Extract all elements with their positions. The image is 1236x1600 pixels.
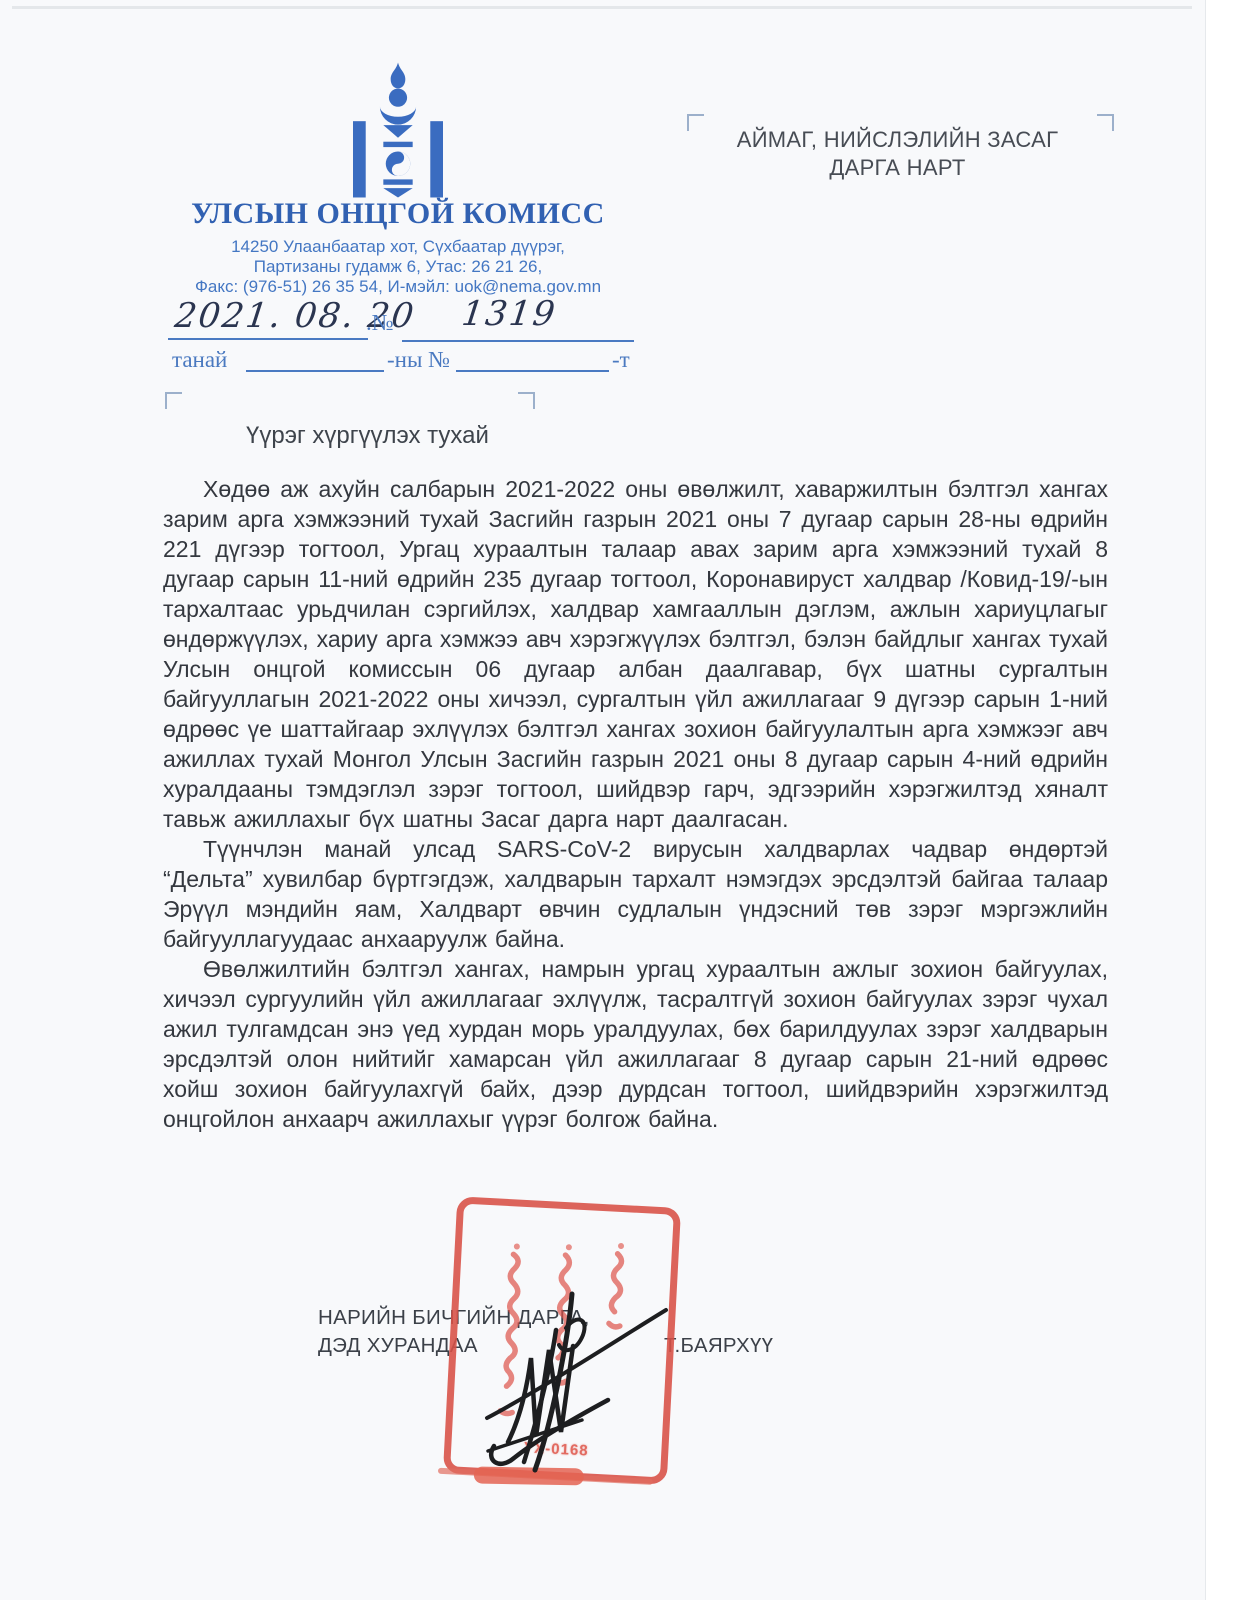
handwritten-signature <box>430 1180 1100 1500</box>
recipient-block: АЙМАГ, НИЙСЛЭЛИЙН ЗАСАГ ДАРГА НАРТ <box>690 126 1105 182</box>
organization-address: 14250 Улаанбаатар хот, Сүхбаатар дүүрэг,… <box>140 237 656 297</box>
reference-middle: -ны № <box>387 347 450 373</box>
date-underline <box>168 338 368 340</box>
address-line-2: Партизаны гудамж 6, Утас: 26 21 26, <box>140 257 656 277</box>
reference-blank-2 <box>456 370 609 372</box>
handwritten-document-number: 1319 <box>460 294 559 334</box>
recipient-line-2: ДАРГА НАРТ <box>690 154 1105 182</box>
body-paragraph-1: Хөдөө аж ахуйн салбарын 2021-2022 оны өв… <box>163 474 1108 834</box>
letter-body: Хөдөө аж ахуйн салбарын 2021-2022 оны өв… <box>163 474 1108 1134</box>
scanned-letter-page: УЛСЫН ОНЦГОЙ КОМИСС 14250 Улаанбаатар хо… <box>0 0 1236 1600</box>
soyombo-emblem-icon <box>353 60 443 198</box>
scan-artifact-right-line <box>1205 0 1206 1600</box>
subject-corner-mark-left <box>165 392 182 409</box>
recipient-line-1: АЙМАГ, НИЙСЛЭЛИЙН ЗАСАГ <box>690 126 1105 154</box>
scan-artifact-right-strip <box>1206 0 1236 1600</box>
address-line-3: Факс: (976-51) 26 35 54, И-мэйл: uok@nem… <box>140 277 656 297</box>
reference-suffix: -т <box>612 347 630 373</box>
body-paragraph-3: Өвөлжилтийн бэлтгэл хангах, намрын ургац… <box>163 954 1108 1134</box>
subject-corner-mark-right <box>518 392 535 409</box>
number-underline <box>402 340 634 342</box>
reference-blank-1 <box>246 370 384 372</box>
body-paragraph-2: Түүнчлэн манай улсад SARS-CoV-2 вирусын … <box>163 834 1108 954</box>
document-number-label: .№ <box>366 310 394 336</box>
address-line-1: 14250 Улаанбаатар хот, Сүхбаатар дүүрэг, <box>140 237 656 257</box>
reference-prefix: танай <box>172 347 227 373</box>
organization-name: УЛСЫН ОНЦГОЙ КОМИСС <box>140 197 656 231</box>
subject-line: Үүрэг хүргүүлэх тухай <box>246 422 489 450</box>
scan-artifact-top-edge <box>12 6 1192 9</box>
